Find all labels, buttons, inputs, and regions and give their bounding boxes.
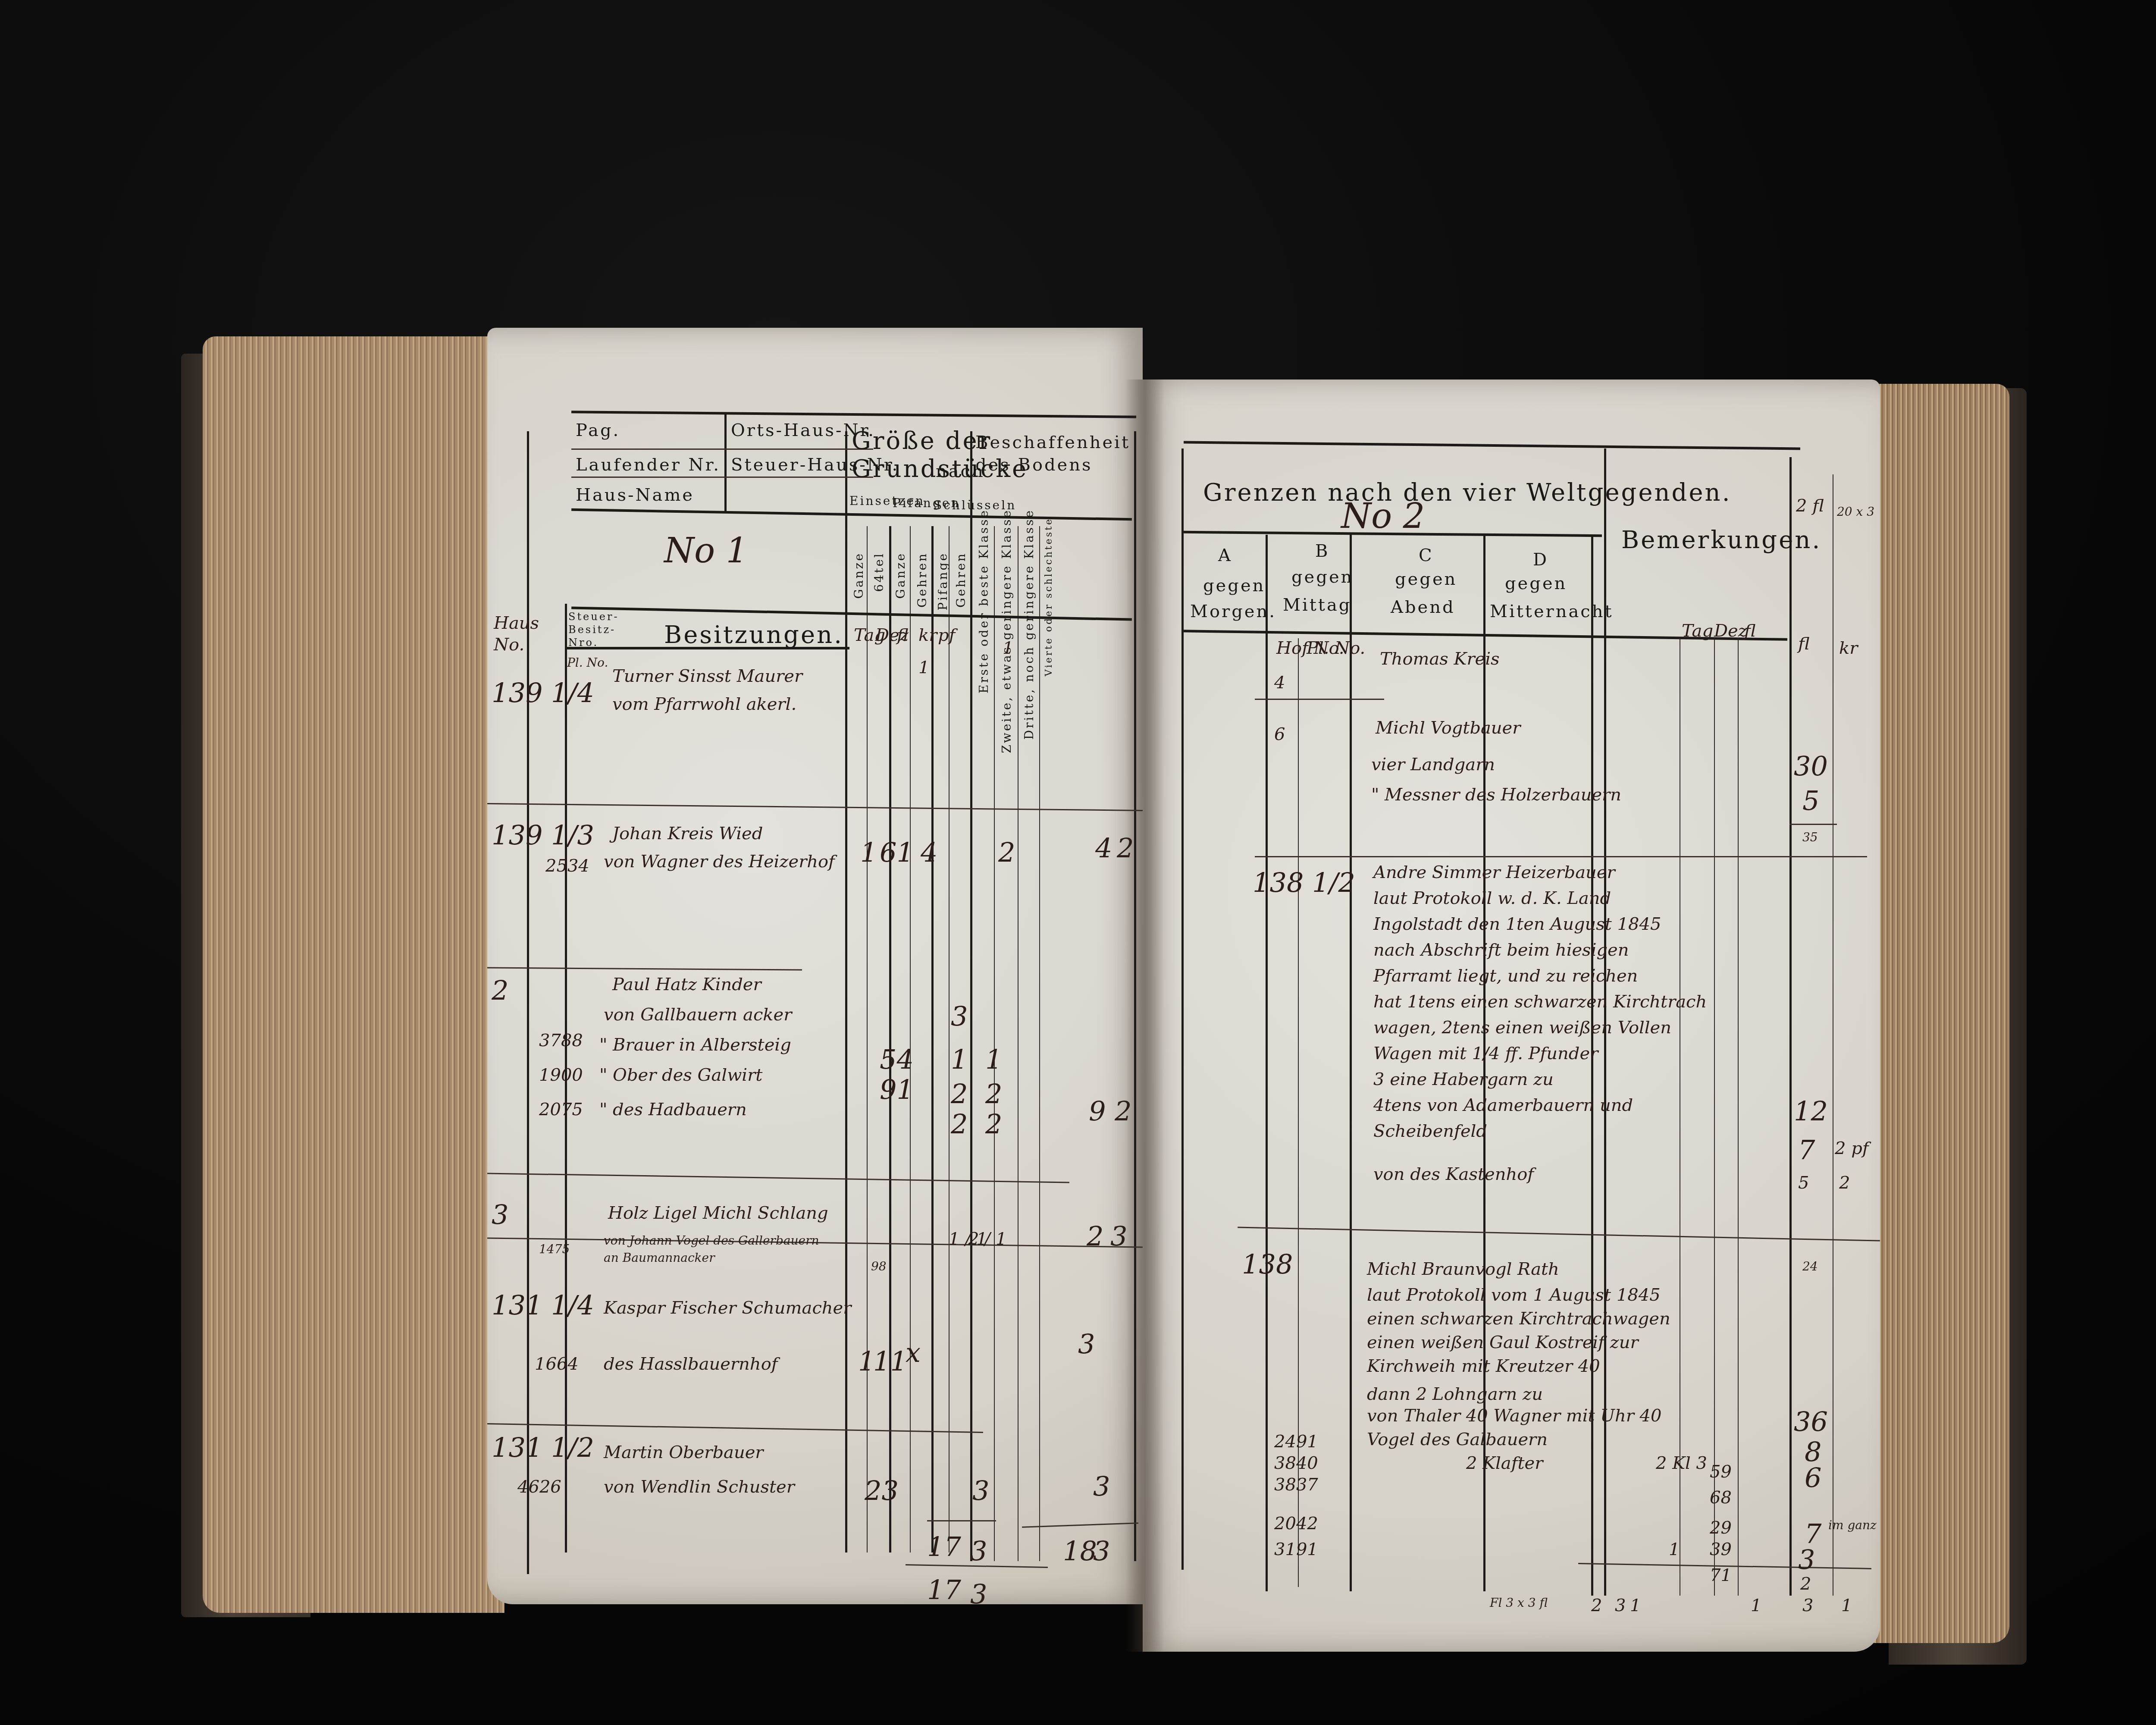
subcol-pifange: Pifange <box>936 552 950 610</box>
entry-number-right: No 2 <box>1341 496 1425 536</box>
boundary-text: Kirchweih mit Kreutzer 40 <box>1367 1356 1600 1376</box>
direction-name: Morgen. <box>1190 602 1276 621</box>
pl-nr-label: Pl. No. <box>1307 638 1365 658</box>
besitzung-line: von Gallbauern acker <box>604 1005 792 1025</box>
margin-value: 2 <box>1800 1574 1811 1594</box>
haus-nr: 131 1/4 <box>492 1289 594 1321</box>
value-cell: 39 <box>1710 1540 1732 1559</box>
total-cell: 3 <box>1093 1535 1110 1567</box>
besitzung-line: " des Hadbauern <box>599 1100 747 1120</box>
klasse-cell: 3 <box>1078 1328 1095 1360</box>
unit-dez: Dez <box>1714 621 1747 641</box>
unit-kr: kr <box>918 625 937 645</box>
subcol-64tel: 64tel <box>872 552 886 592</box>
klasse-2: Zweite, etwas geringere Klasse <box>1000 509 1014 753</box>
footer-total: 1 <box>1841 1596 1852 1615</box>
direction-gegen: gegen <box>1505 574 1567 593</box>
subcol-gehren-2: Gehren <box>954 552 968 608</box>
footer-total: 2 <box>1591 1596 1602 1615</box>
pl-nr: 3840 <box>1274 1453 1318 1473</box>
margin-value: 2 <box>1839 1173 1850 1193</box>
margin-unit-fl: fl <box>1798 634 1810 654</box>
besitzung-line: Johan Kreis Wied <box>612 824 763 844</box>
direction-name: Mittag <box>1283 595 1351 615</box>
value-cell: 54 <box>880 1044 914 1075</box>
klasse-cell: 9 <box>1089 1095 1106 1127</box>
margin-haus-no: Haus No. <box>494 612 524 655</box>
margin-value: 5 <box>1802 785 1819 816</box>
beschaffenheit-title: Beschaffenheit des Bodens <box>975 431 1131 476</box>
besitzung-line: vom Pfarrwohl akerl. <box>612 694 796 714</box>
value-cell: 1 <box>858 1345 875 1377</box>
boundary-text: Thomas Kreis <box>1380 649 1500 669</box>
direction-gegen: gegen <box>1203 576 1265 596</box>
direction-letter: A <box>1218 546 1232 565</box>
besitzung-line: " Brauer in Albersteig <box>599 1035 791 1055</box>
value-cell: 2 <box>985 1078 1002 1110</box>
page-edges-right <box>1867 384 2009 1643</box>
hof-nr: 138 <box>1242 1248 1293 1280</box>
subcol-gehren-1: Gehren <box>915 552 929 608</box>
haus-nr: 131 1/2 <box>492 1432 594 1463</box>
boundary-text: hat 1tens einen schwarzen Kirchtrach <box>1373 992 1707 1012</box>
footer-total: 1 <box>1751 1596 1761 1615</box>
pl-nr: 2534 <box>545 856 589 876</box>
besitzung-line: Turner Sinsst Maurer <box>612 666 802 686</box>
value-cell: 1 <box>951 1044 968 1075</box>
boundary-text: einen weißen Gaul Kostreif zur <box>1367 1333 1639 1352</box>
footer-total: 3 <box>1802 1596 1813 1615</box>
boundary-text: 2 Klafter <box>1466 1453 1543 1473</box>
value-cell: 1 <box>985 1044 1002 1075</box>
haus-nr: 139 1/4 <box>492 677 594 709</box>
pl-nr: 1475 <box>539 1242 570 1256</box>
hof-nr: 138 1/2 <box>1253 867 1355 898</box>
pl-nr: 3837 <box>1274 1475 1318 1495</box>
klasse-cell: 2 <box>1087 1220 1103 1252</box>
boundary-text: Vogel des Galbauern <box>1367 1430 1548 1449</box>
pl-nr: 2491 <box>1274 1432 1318 1452</box>
direction-letter: D <box>1533 550 1548 570</box>
boundary-text: Pfarramt liegt, und zu reichen <box>1373 966 1638 986</box>
besitzung-line: von Johann Vogel des Gallerbauern <box>604 1233 819 1248</box>
unit-tag: Tag <box>1682 621 1713 641</box>
hof-nr: 6 <box>1274 724 1285 744</box>
boundary-text: Wagen mit 1/4 ff. Pfunder <box>1373 1044 1598 1063</box>
haus-name-label: Haus-Name <box>576 485 694 505</box>
boundary-text: 3 eine Habergarn zu <box>1373 1069 1554 1089</box>
boundary-text: einen schwarzen Kirchtrachwagen <box>1367 1309 1670 1329</box>
margin-value: 12 <box>1794 1095 1828 1127</box>
besitzung-line: Martin Oberbauer <box>604 1443 763 1462</box>
value-cell: 98 <box>871 1259 887 1273</box>
boundary-text: nach Abschrift beim hiesigen <box>1373 940 1629 960</box>
value-cell: 2 / 1 <box>968 1229 1007 1249</box>
footer-note: Fl 3 x 3 fl <box>1490 1596 1548 1610</box>
besitzung-line: Holz Ligel Michl Schlang <box>608 1203 828 1223</box>
boundary-text: wagen, 2tens einen weißen Vollen <box>1373 1018 1671 1038</box>
corner-note-x: 20 x 3 <box>1837 505 1874 519</box>
pl-nr: 1900 <box>539 1065 583 1085</box>
value-cell: 3 <box>972 1475 989 1506</box>
klasse-1: Erste oder beste Klasse <box>977 509 991 693</box>
margin-note: im ganz <box>1828 1518 1877 1532</box>
value-cell: 59 <box>1710 1462 1732 1482</box>
margin-value: 7 <box>1798 1134 1815 1166</box>
klasse-cell: 3 <box>1110 1220 1127 1252</box>
boundary-text: Ingolstadt den 1ten August 1845 <box>1373 914 1661 934</box>
value-cell: 2 <box>985 1108 1002 1140</box>
klasse-cell: 3 <box>1093 1471 1110 1502</box>
value-cell: 4 <box>921 837 937 868</box>
boundary-text: von Thaler 40 Wagner mit Uhr 40 <box>1367 1406 1661 1426</box>
value-cell: x <box>906 1337 921 1368</box>
unit-pf: pf <box>938 625 955 645</box>
value-cell: 2 <box>951 1078 968 1110</box>
value-cell: 2 <box>998 837 1015 868</box>
margin-value: 30 <box>1794 750 1828 782</box>
boundary-text: laut Protokoll vom 1 August 1845 <box>1367 1285 1661 1305</box>
boundary-text: 4tens von Adamerbauern und <box>1373 1095 1633 1115</box>
haus-nr: 2 <box>492 975 508 1006</box>
margin-value: 2 pf <box>1835 1138 1869 1158</box>
total-cell: 17 <box>927 1574 961 1606</box>
pl-nr: 4626 <box>517 1477 561 1497</box>
besitzung-line: Kaspar Fischer Schumacher <box>604 1298 851 1318</box>
klasse-cell: 2 <box>1117 832 1134 864</box>
total-cell: 3 <box>970 1535 987 1567</box>
haus-nr: 3 <box>492 1199 508 1230</box>
besitzung-line: des Hasslbauernhof <box>604 1354 778 1374</box>
corner-note-fl: 2 fl <box>1796 496 1824 516</box>
boundary-text: Scheibenfeld <box>1373 1121 1487 1141</box>
footer-total: 1 <box>1630 1596 1641 1615</box>
subcol-ganze-1: Ganze <box>852 552 866 599</box>
pl-nr: 1664 <box>535 1354 579 1374</box>
value-cell: 68 <box>1710 1488 1732 1508</box>
klasse-cell: 4 <box>1095 832 1112 864</box>
total-cell: 17 <box>927 1531 961 1562</box>
bemerkungen-label: Bemerkungen. <box>1621 526 1821 554</box>
value-cell: 2 Kl 3 <box>1656 1453 1707 1473</box>
margin-value: 3 <box>1798 1544 1815 1575</box>
direction-letter: B <box>1315 541 1329 561</box>
margin-unit-kr: kr <box>1839 638 1858 658</box>
direction-gegen: gegen <box>1291 567 1354 587</box>
unit-fl: fl <box>897 625 909 645</box>
value-cell: 2 <box>951 1108 968 1140</box>
margin-value: 36 <box>1794 1406 1828 1437</box>
besitzung-line: an Baumannacker <box>604 1251 715 1265</box>
pl-nr: Pl. No. <box>567 655 608 670</box>
value-cell: 1 <box>860 837 877 868</box>
besitzung-line: von Wendlin Schuster <box>604 1477 795 1497</box>
boundary-text: Michl Braunvogl Rath <box>1367 1259 1559 1279</box>
pl-nr: 2075 <box>539 1100 583 1120</box>
boundary-text: Andre Simmer Heizerbauer <box>1373 862 1615 882</box>
margin-subtotal: 35 <box>1802 830 1818 844</box>
besitzungen-label: Besitzungen. <box>664 621 843 649</box>
klasse-cell: 2 <box>1115 1095 1131 1127</box>
klasse-3: Dritte, noch geringere Klasse <box>1022 509 1036 740</box>
haus-nr: 139 1/3 <box>492 819 594 851</box>
total-cell: 3 <box>970 1578 987 1610</box>
value-cell: 23 <box>865 1475 899 1506</box>
margin-value: 6 <box>1805 1462 1821 1493</box>
value-cell: 11 <box>873 1345 907 1377</box>
klasse-4: Vierte oder schlechteste <box>1044 517 1054 676</box>
klasse-cell: 1 <box>1003 638 1013 658</box>
direction-gegen: gegen <box>1395 569 1457 589</box>
direction-name: Abend <box>1391 597 1455 617</box>
pl-nr: 3191 <box>1274 1540 1318 1559</box>
pl-nr: 3788 <box>539 1031 583 1051</box>
value-cell: 61 <box>880 837 914 868</box>
total-cell: 18 <box>1063 1535 1097 1567</box>
boundary-text: von des Kastenhof <box>1373 1164 1534 1184</box>
footer-total: 3 <box>1615 1596 1626 1615</box>
value-cell: 29 <box>1710 1518 1732 1538</box>
value-cell: 71 <box>1710 1565 1732 1585</box>
margin-subtotal: 24 <box>1802 1259 1818 1273</box>
laufender-nr-label: Laufender Nr. <box>576 455 721 475</box>
besitzung-line: Paul Hatz Kinder <box>612 975 761 994</box>
unit-fl: fl <box>1744 621 1756 641</box>
book-gutter <box>1125 379 1164 1652</box>
besitzung-line: von Wagner des Heizerhof <box>604 852 835 872</box>
boundary-text: vier Landgarn <box>1371 755 1495 775</box>
entry-number-left: No 1 <box>664 530 748 571</box>
boundary-text: laut Protokoll w. d. K. Land <box>1373 888 1611 908</box>
besitzung-line: " Ober des Galwirt <box>599 1065 762 1085</box>
hof-nr: 4 <box>1274 673 1285 693</box>
value-cell: 1 <box>918 658 929 677</box>
steuer-besitz-label: Steuer-Besitz-Nro. <box>568 610 603 649</box>
margin-value: 5 <box>1798 1173 1809 1193</box>
boundary-text: dann 2 Lohngarn zu <box>1367 1384 1543 1404</box>
value-cell: 91 <box>880 1074 914 1105</box>
value-cell: 1 <box>1669 1540 1680 1559</box>
page-edges-left <box>203 336 505 1613</box>
direction-letter: C <box>1419 546 1434 565</box>
pag-label: Pag. <box>576 420 620 440</box>
value-cell: 3 <box>951 1000 968 1032</box>
grenzen-title: Grenzen nach den vier Weltgegenden. <box>1203 479 1731 507</box>
direction-name: Mitternacht <box>1490 602 1614 621</box>
pl-nr: 2042 <box>1274 1514 1318 1534</box>
boundary-text: Michl Vogtbauer <box>1376 718 1520 738</box>
boundary-text: " Messner des Holzerbauern <box>1371 785 1621 805</box>
subcol-ganze-2: Ganze <box>893 552 908 599</box>
